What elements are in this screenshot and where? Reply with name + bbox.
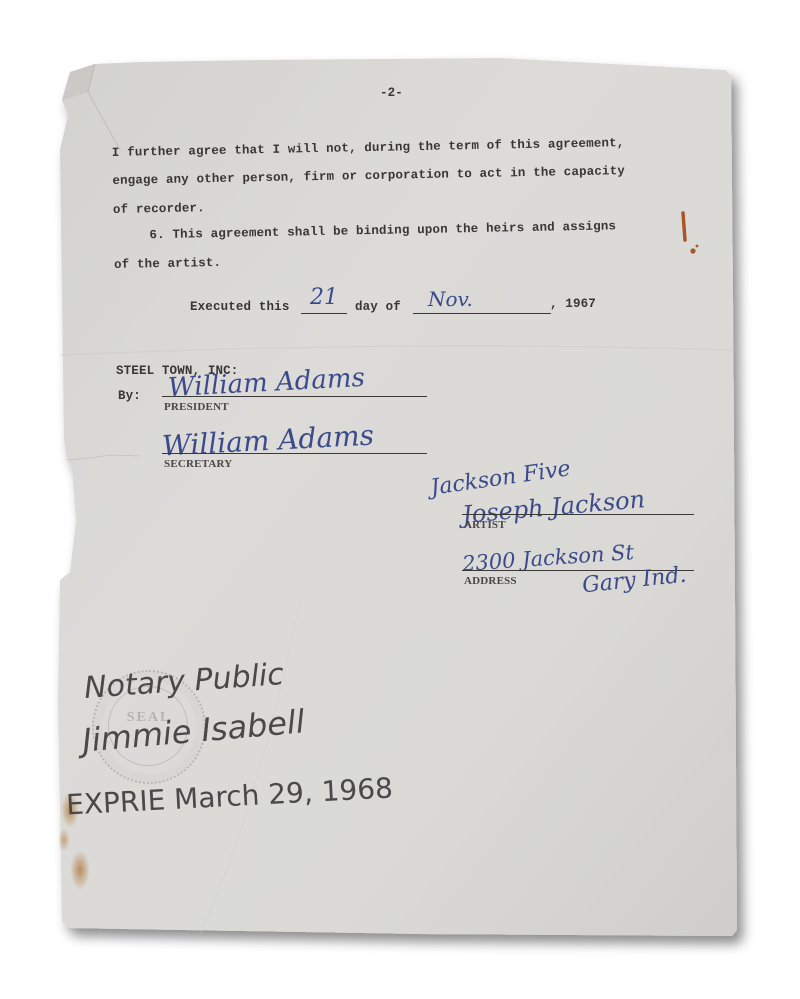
body-line: engage any other person, firm or corpora… [112,164,625,188]
address-label: ADDRESS [464,575,517,587]
body-line: I further agree that I will not, during … [112,136,625,160]
secretary-label: SECRETARY [164,458,232,470]
secretary-signature-line [162,453,427,454]
day-handwritten: 21 [310,285,338,310]
month-handwritten: Nov. [428,287,473,311]
month-blank-line [413,313,551,314]
executed-prefix: Executed this [190,300,289,314]
president-label: PRESIDENT [164,401,229,413]
artist-label: ARTIST [464,519,506,531]
body-line: of recorder. [113,201,205,217]
clause-6-line: of the artist. [114,256,221,272]
year-text: , 1967 [550,297,596,311]
president-signature-line [162,396,427,397]
by-label: By: [118,389,141,403]
artist-signature-line [462,514,694,515]
day-blank-line [301,313,347,314]
document-sheet: -2- I further agree that I will not, dur… [0,0,800,999]
clause-6-line: 6. This agreement shall be binding upon … [149,219,616,242]
day-of-label: day of [355,300,401,314]
